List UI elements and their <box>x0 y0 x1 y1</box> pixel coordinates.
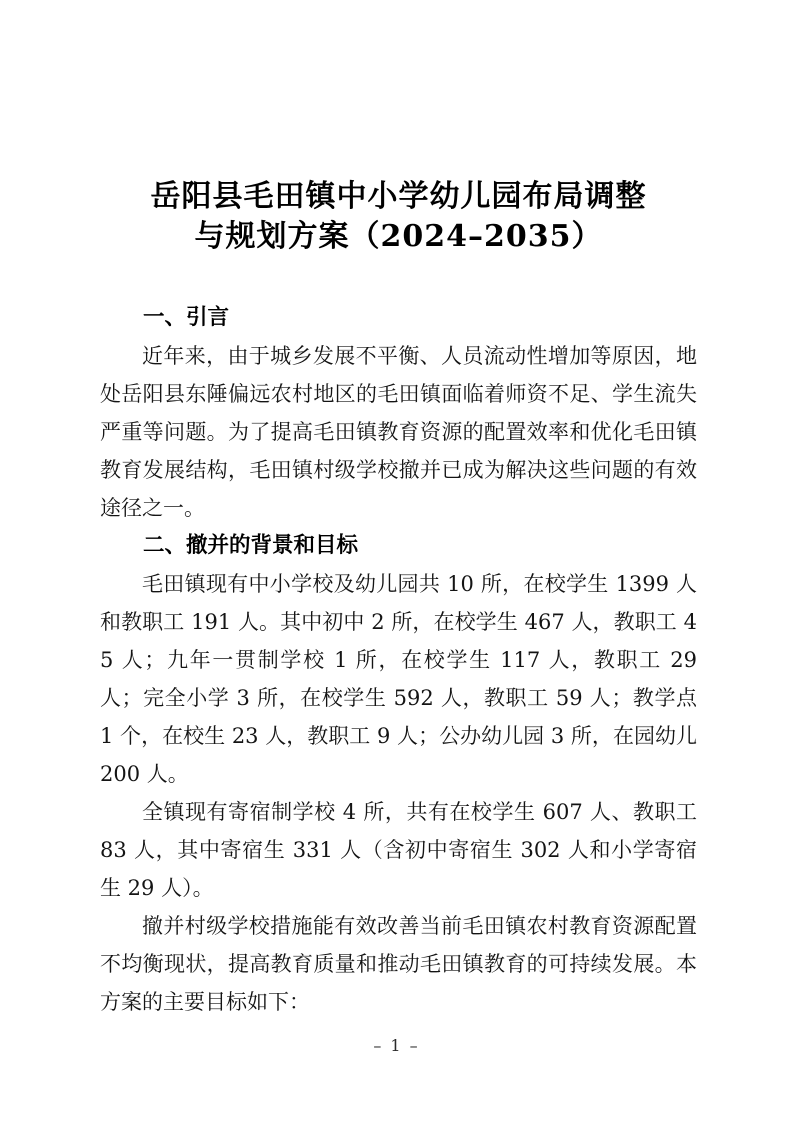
document-body: 一、引言 近年来，由于城乡发展不平衡、人员流动性增加等原因，地处岳阳县东陲偏远农… <box>100 299 697 1021</box>
section-heading-introduction: 一、引言 <box>100 299 697 337</box>
paragraph-boarding-statistics: 全镇现有寄宿制学校 4 所，共有在校学生 607 人、教职工 83 人，其中寄宿… <box>100 793 697 907</box>
document-title-line2: 与规划方案（2024–2035） <box>100 217 697 257</box>
section-heading-background-goals: 二、撤并的背景和目标 <box>100 527 697 565</box>
paragraph-goals-intro: 撤并村级学校措施能有效改善当前毛田镇农村教育资源配置不均衡现状，提高教育质量和推… <box>100 907 697 1021</box>
document-page: 岳阳县毛田镇中小学幼儿园布局调整 与规划方案（2024–2035） 一、引言 近… <box>0 0 793 1122</box>
paragraph-introduction: 近年来，由于城乡发展不平衡、人员流动性增加等原因，地处岳阳县东陲偏远农村地区的毛… <box>100 337 697 527</box>
page-number: – 1 – <box>0 1034 793 1058</box>
document-title-line1: 岳阳县毛田镇中小学幼儿园布局调整 <box>100 177 697 217</box>
document-title: 岳阳县毛田镇中小学幼儿园布局调整 与规划方案（2024–2035） <box>100 177 697 257</box>
paragraph-school-statistics: 毛田镇现有中小学校及幼儿园共 10 所，在校学生 1399 人和教职工 191 … <box>100 565 697 793</box>
